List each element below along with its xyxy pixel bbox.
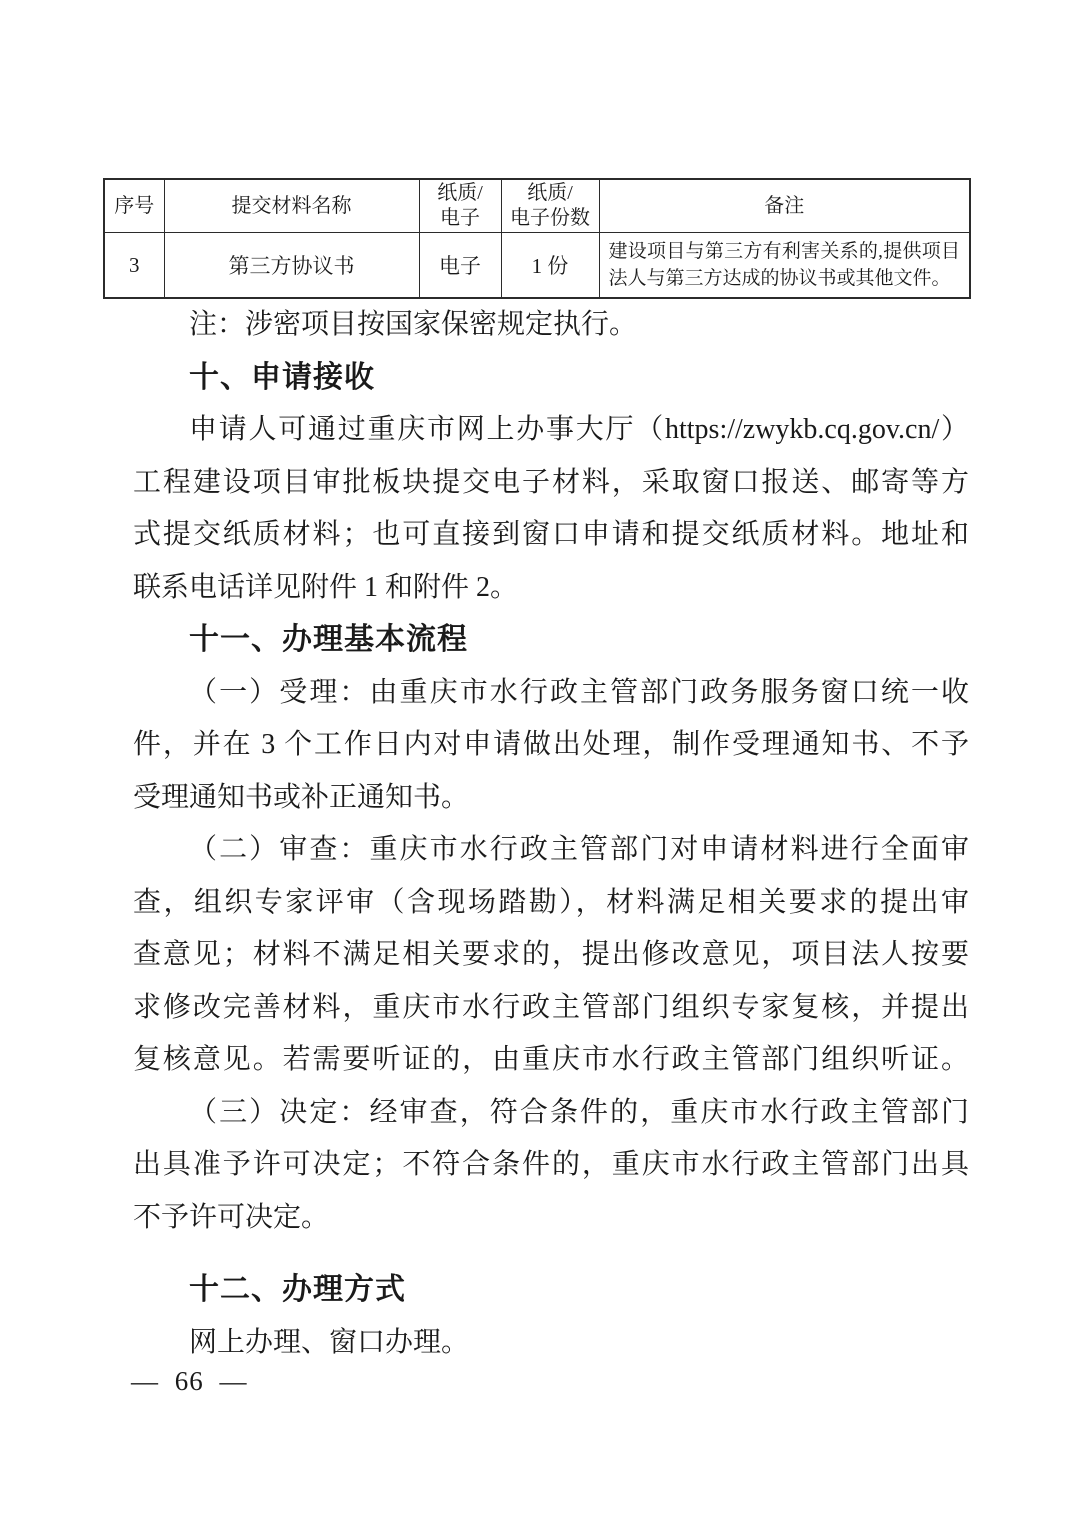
text-line: （三）决定：经审查，符合条件的，重庆市水行政主管部门 [133,1087,969,1140]
cell-remark: 建设项目与第三方有利害关系的,提供项目法人与第三方达成的协议书或其他文件。 [599,233,970,299]
note-text: 注：涉密项目按国家保密规定执行。 [133,299,969,352]
cell-medium: 电子 [419,233,501,299]
document-page: 序号 提交材料名称 纸质/ 电子 纸质/ 电子份数 备注 3 第三方协议书 电子… [0,0,1074,1520]
paragraph-acceptance: （一）受理：由重庆市水行政主管部门政务服务窗口统一收 件，并在 3 个工作日内对… [133,667,969,825]
cell-copies: 1 份 [501,233,599,299]
text-line: 出具准予许可决定；不符合条件的，重庆市水行政主管部门出具 [133,1139,969,1192]
header-copies: 纸质/ 电子份数 [501,179,599,233]
text-line: 不予许可决定。 [133,1192,969,1245]
text-line: 求修改完善材料，重庆市水行政主管部门组织专家复核，并提出 [133,982,969,1035]
text-line: 查，组织专家评审（含现场踏勘），材料满足相关要求的提出审 [133,877,969,930]
text-line: 复核意见。若需要听证的，由重庆市水行政主管部门组织听证。 [133,1034,969,1087]
text-line: 查意见；材料不满足相关要求的，提出修改意见，项目法人按要 [133,929,969,982]
text-line: 式提交纸质材料；也可直接到窗口申请和提交纸质材料。地址和 [133,509,969,562]
paragraph-decision: （三）决定：经审查，符合条件的，重庆市水行政主管部门 出具准予许可决定；不符合条… [133,1087,969,1245]
section-heading-application-receipt: 十、申请接收 [133,352,969,405]
text-line: 工程建设项目审批板块提交电子材料，采取窗口报送、邮寄等方 [133,457,969,510]
table-header-row: 序号 提交材料名称 纸质/ 电子 纸质/ 电子份数 备注 [104,179,970,233]
text-line: 联系电话详见附件 1 和附件 2。 [133,562,969,615]
section-heading-basic-process: 十一、办理基本流程 [133,614,969,667]
table-row: 3 第三方协议书 电子 1 份 建设项目与第三方有利害关系的,提供项目法人与第三… [104,233,970,299]
paragraph-review: （二）审查：重庆市水行政主管部门对申请材料进行全面审 查，组织专家评审（含现场踏… [133,824,969,1087]
header-index: 序号 [104,179,164,233]
section-heading-handling-method: 十二、办理方式 [133,1264,969,1317]
text-line: （一）受理：由重庆市水行政主管部门政务服务窗口统一收 [133,667,969,720]
page-number: — 66 — [131,1366,248,1397]
note-paragraph: 注：涉密项目按国家保密规定执行。 [133,299,969,352]
text-line: 件，并在 3 个工作日内对申请做出处理，制作受理通知书、不予 [133,719,969,772]
header-remark: 备注 [599,179,970,233]
header-medium: 纸质/ 电子 [419,179,501,233]
text-line: 申请人可通过重庆市网上办事大厅（https://zwykb.cq.gov.cn/… [133,404,969,457]
paragraph-application-receipt: 申请人可通过重庆市网上办事大厅（https://zwykb.cq.gov.cn/… [133,404,969,614]
cell-index: 3 [104,233,164,299]
paragraph-handling-method: 网上办理、窗口办理。 [133,1317,969,1370]
text-line: （二）审查：重庆市水行政主管部门对申请材料进行全面审 [133,824,969,877]
cell-material-name: 第三方协议书 [164,233,419,299]
document-body: 注：涉密项目按国家保密规定执行。 十、申请接收 申请人可通过重庆市网上办事大厅（… [133,299,969,1369]
materials-table: 序号 提交材料名称 纸质/ 电子 纸质/ 电子份数 备注 3 第三方协议书 电子… [103,178,971,299]
text-line: 网上办理、窗口办理。 [133,1317,969,1370]
text-line: 受理通知书或补正通知书。 [133,772,969,825]
header-material-name: 提交材料名称 [164,179,419,233]
